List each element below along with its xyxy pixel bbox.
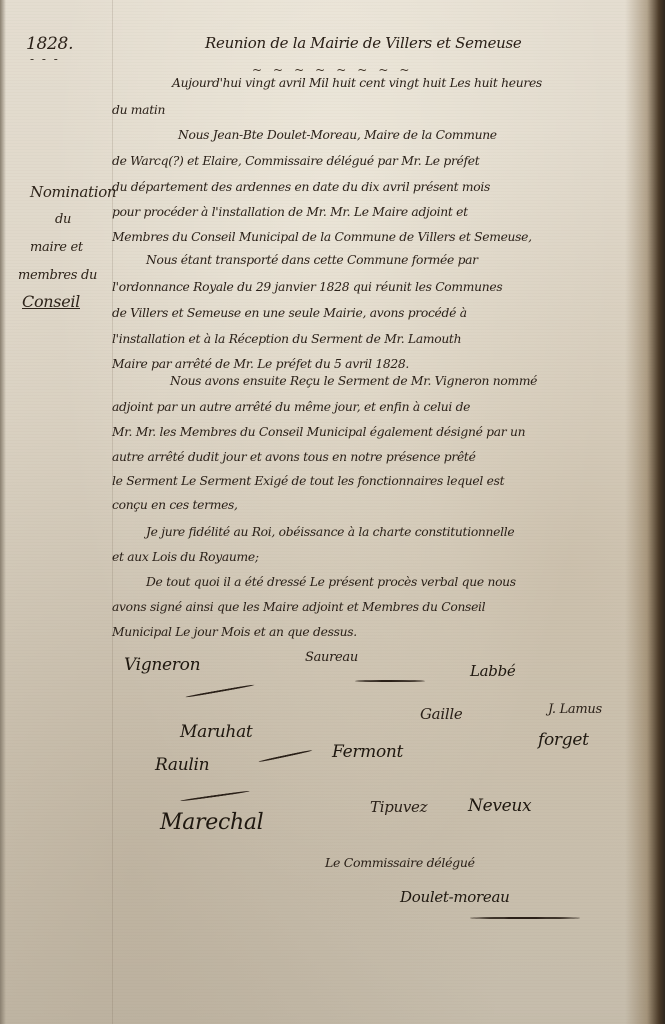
body-line: le Serment Le Serment Exigé de tout les … — [112, 474, 504, 488]
body-line: pour procéder à l'installation de Mr. Mr… — [112, 205, 468, 219]
signature-maruhat: Maruhat — [180, 722, 252, 742]
margin-note-line-5: Conseil — [22, 292, 80, 311]
body-line: l'ordonnance Royale du 29 janvier 1828 q… — [112, 280, 502, 294]
signature-tipuvez: Tipuvez — [370, 798, 427, 816]
margin-note-line-4: membres du — [18, 268, 97, 283]
body-line: de Villers et Semeuse en une seule Mairi… — [112, 306, 467, 320]
signature-neveux: Neveux — [468, 796, 531, 816]
body-line: autre arrêté dudit jour et avons tous en… — [112, 450, 476, 464]
page-title: Reunion de la Mairie de Villers et Semeu… — [205, 34, 522, 52]
body-line: Maire par arrêté de Mr. Le préfet du 5 a… — [112, 357, 409, 371]
body-line: l'installation et à la Réception du Serm… — [112, 332, 461, 346]
binding-edge — [625, 0, 665, 1024]
body-line: Aujourd'hui vingt avril Mil huit cent vi… — [172, 76, 542, 90]
signature-flourish — [185, 684, 254, 698]
body-line: Municipal Le jour Mois et an que dessus. — [112, 625, 357, 639]
signature-saureau: Saureau — [305, 650, 358, 665]
commissaire-label: Le Commissaire délégué — [325, 855, 475, 870]
signature-flourish — [258, 749, 312, 762]
year-heading: 1828. — [26, 34, 73, 54]
body-line: du département des ardennes en date du d… — [112, 180, 490, 194]
body-line: Nous avons ensuite Reçu le Serment de Mr… — [170, 374, 537, 388]
signature-flourish — [355, 680, 425, 682]
body-line: De tout quoi il a été dressé Le présent … — [146, 575, 516, 589]
oath-line: et aux Lois du Royaume; — [112, 550, 259, 564]
signature-fermont: Fermont — [332, 742, 403, 762]
body-line: du matin — [112, 103, 165, 117]
margin-note-line-3: maire et — [30, 240, 83, 255]
signature-marechal: Marechal — [160, 810, 263, 835]
signature-flourish — [180, 790, 250, 802]
signature-commissaire: Doulet-moreau — [400, 888, 510, 906]
oath-line: Je jure fidélité au Roi, obéissance à la… — [146, 525, 514, 539]
signature-lamus: J. Lamus — [548, 702, 602, 717]
page-left-edge — [0, 0, 6, 1024]
signature-raulin: Raulin — [155, 755, 209, 775]
signature-vigneron: Vigneron — [124, 655, 200, 675]
body-line: avons signé ainsi que les Maire adjoint … — [112, 600, 485, 614]
body-line: Membres du Conseil Municipal de la Commu… — [112, 230, 532, 244]
body-line: Nous Jean-Bte Doulet-Moreau, Maire de la… — [178, 128, 497, 142]
signature-forget: forget — [538, 730, 589, 750]
body-line: Nous étant transporté dans cette Commune… — [146, 253, 478, 267]
year-dashes: - - - — [30, 52, 60, 66]
margin-note-line-2: du — [55, 212, 71, 227]
manuscript-page: 1828. - - - Reunion de la Mairie de Vill… — [0, 0, 665, 1024]
body-line: conçu en ces termes, — [112, 498, 238, 512]
signature-flourish — [470, 917, 580, 919]
body-line: adjoint par un autre arrêté du même jour… — [112, 400, 470, 414]
title-dashes: ~~~~~~~~ — [252, 63, 420, 77]
body-line: de Warcq(?) et Elaire, Commissaire délég… — [112, 154, 479, 168]
body-line: Mr. Mr. les Membres du Conseil Municipal… — [112, 425, 525, 439]
signature-labbe: Labbé — [470, 662, 516, 680]
signature-gaille: Gaille — [420, 705, 462, 723]
margin-note-line-1: Nomination — [30, 183, 116, 201]
